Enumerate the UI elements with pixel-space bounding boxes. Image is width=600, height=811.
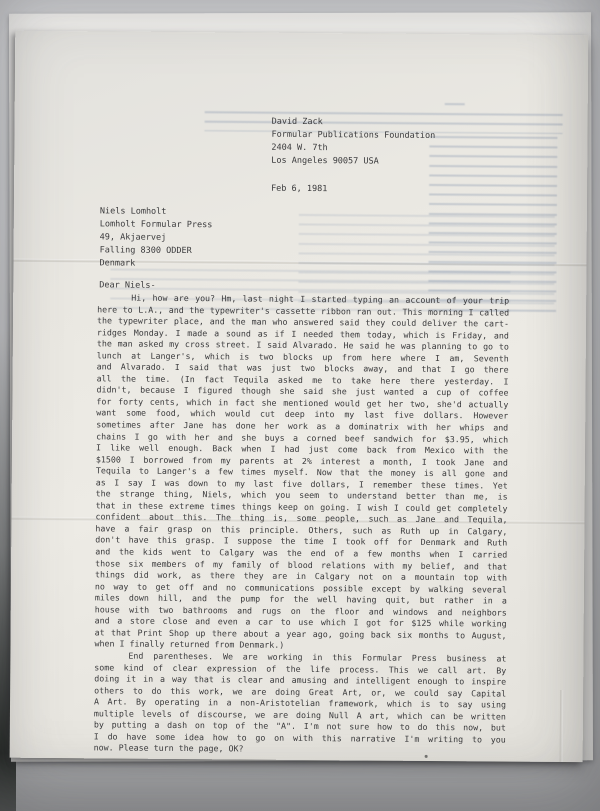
sender-address-block: David ZackFormular Publications Foundati… xyxy=(271,116,435,169)
body-paragraph-2: End parentheses. We are working in this … xyxy=(94,650,507,757)
salutation: Dear Niels- xyxy=(99,279,155,292)
fold-crease xyxy=(560,690,564,762)
text-line: Formular Publications Foundation xyxy=(271,129,435,143)
letter-paper: David ZackFormular Publications Foundati… xyxy=(10,31,589,762)
body-paragraph-1: Hi, how are you? Hm, last night I starte… xyxy=(94,292,509,653)
text-line: Niels Lomholt xyxy=(100,205,213,219)
bleedthrough-text-ghost xyxy=(428,136,557,312)
letter-date: Feb 6, 1981 xyxy=(271,183,327,196)
text-line: 2404 W. 7th xyxy=(271,142,435,156)
photo-background: David ZackFormular Publications Foundati… xyxy=(0,0,600,811)
bleedthrough-text-ghost xyxy=(445,103,465,109)
text-line: Denmark xyxy=(99,257,212,271)
text-line: Falling 8300 ODDER xyxy=(100,244,213,258)
text-line: Lomholt Formular Press xyxy=(100,218,213,232)
text-line: 49, Akjaervej xyxy=(100,231,213,245)
text-line: David Zack xyxy=(272,116,436,130)
stray-ink-mark xyxy=(425,755,428,758)
text-line: Los Angeles 90057 USA xyxy=(271,155,435,169)
recipient-address-block: Niels LomholtLomholt Formular Press49, A… xyxy=(99,205,212,271)
